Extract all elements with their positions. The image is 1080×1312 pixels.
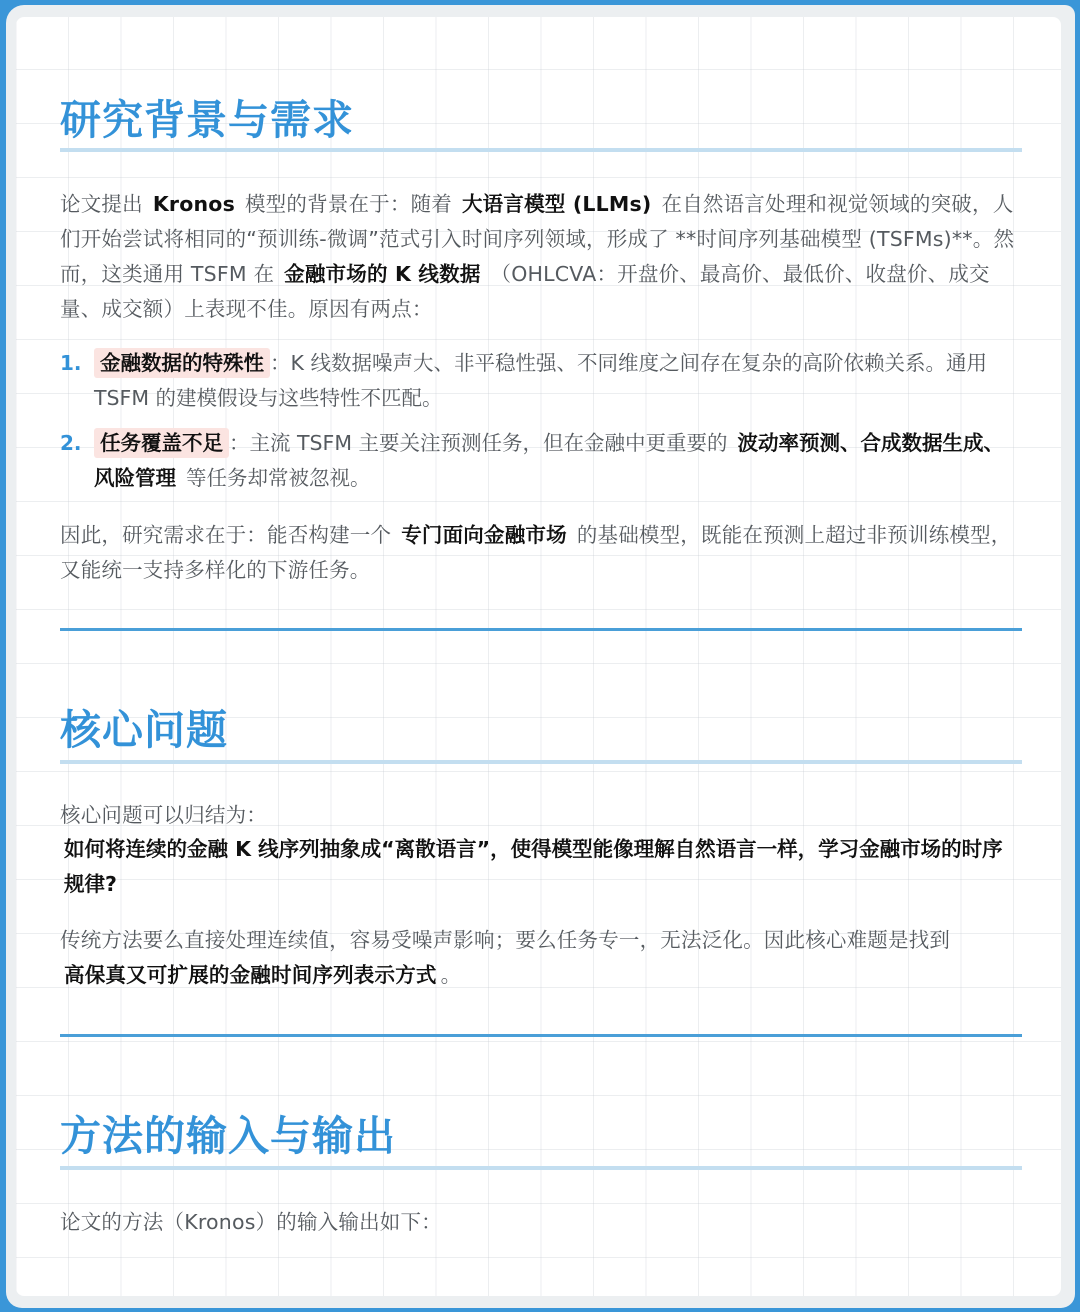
text: 论文提出 [60,192,143,216]
core-detail-paragraph: 传统方法要么直接处理连续值，容易受噪声影响；要么任务专一，无法泛化。因此核心难题… [60,923,1022,993]
highlight-label: 任务覆盖不足 [94,428,229,458]
text: 。 [441,963,462,987]
section-title-core-problem: 核心问题 [60,697,228,756]
list-text: 等任务却常被忽视。 [186,466,371,490]
list-text: ：主流 TSFM 主要关注预测任务，但在金融中更重要的 [229,431,728,455]
bold-kronos: Kronos [153,192,235,216]
bold-llms: 大语言模型 (LLMs) [462,192,652,216]
title-underline [60,148,1022,152]
list-number: 2. [60,426,82,461]
list-number: 1. [60,346,82,381]
highlight-label: 金融数据的特殊性 [94,348,270,378]
list-item: 1. 金融数据的特殊性：K 线数据噪声大、非平稳性强、不同维度之间存在复杂的高阶… [94,346,1022,416]
section-divider [60,628,1022,631]
document-card: 研究背景与需求 论文提出Kronos模型的背景在于：随着大语言模型 (LLMs)… [16,17,1061,1296]
text: 因此，研究需求在于：能否构建一个 [60,523,391,547]
title-underline [60,760,1022,764]
section-title-io: 方法的输入与输出 [60,1103,396,1162]
text: 传统方法要么直接处理连续值，容易受噪声影响；要么任务专一，无法泛化。因此核心难题… [60,928,950,952]
io-intro: 论文的方法（Kronos）的输入输出如下： [60,1205,1022,1240]
list-item: 2. 任务覆盖不足：主流 TSFM 主要关注预测任务，但在金融中更重要的波动率预… [94,426,1022,496]
core-lead: 核心问题可以归结为： [60,798,1022,833]
bold-kline-data: 金融市场的 K 线数据 [284,262,480,286]
core-question: 如何将连续的金融 K 线序列抽象成“离散语言”，使得模型能像理解自然语言一样，学… [60,832,1022,902]
page-frame: 研究背景与需求 论文提出Kronos模型的背景在于：随着大语言模型 (LLMs)… [6,5,1075,1308]
background-paragraph: 论文提出Kronos模型的背景在于：随着大语言模型 (LLMs)在自然语言处理和… [60,187,1022,327]
bold-representation: 高保真又可扩展的金融时间序列表示方式 [64,963,437,987]
section-divider [60,1034,1022,1037]
conclusion-paragraph: 因此，研究需求在于：能否构建一个专门面向金融市场的基础模型，既能在预测上超过非预… [60,518,1022,588]
bold-finance-market: 专门面向金融市场 [401,523,567,547]
section-title-background: 研究背景与需求 [60,87,354,146]
title-underline [60,1166,1022,1170]
text: 模型的背景在于：随着 [245,192,452,216]
